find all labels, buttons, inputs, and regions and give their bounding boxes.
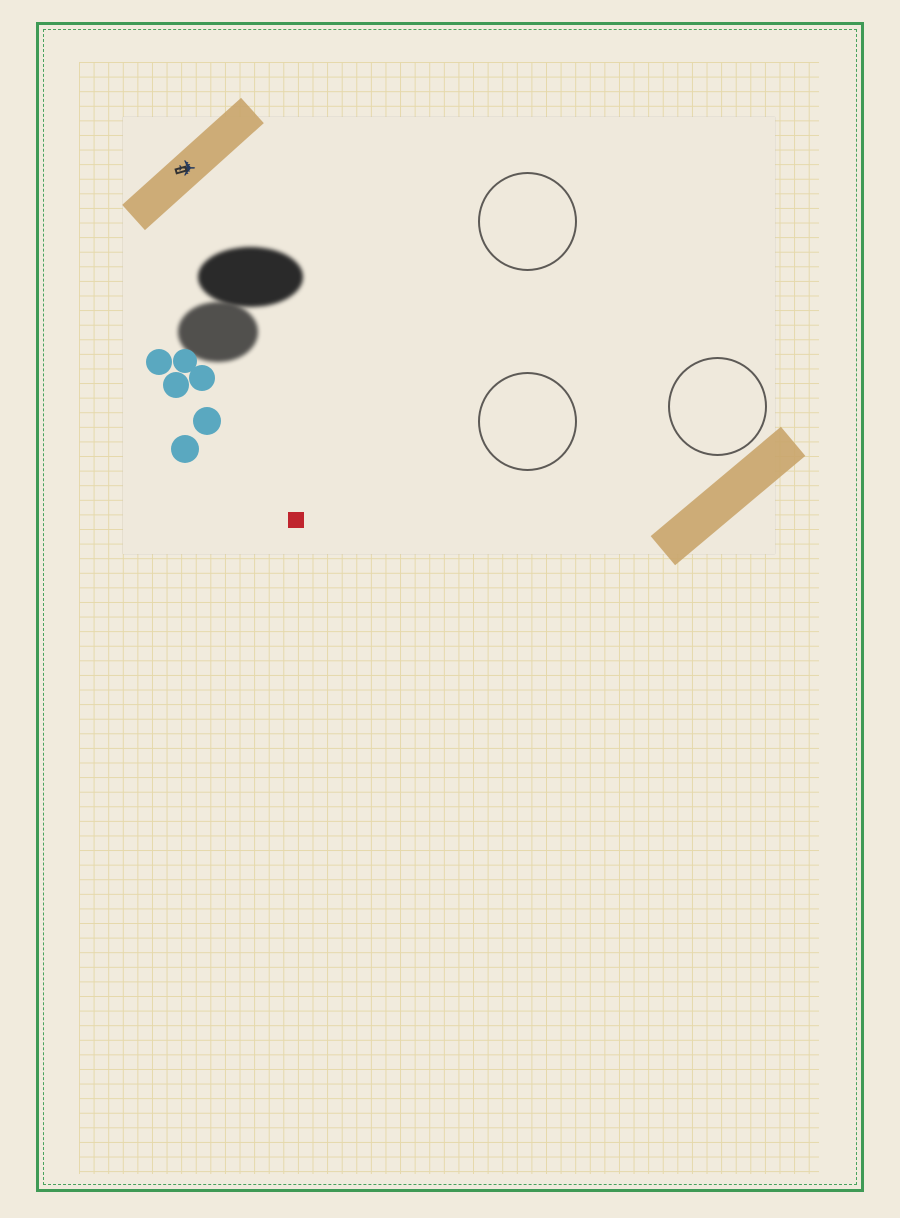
- postmark: [478, 372, 577, 471]
- grape-painting: [193, 407, 221, 435]
- grape-painting: [163, 372, 189, 398]
- grape-painting: [146, 349, 172, 375]
- postmark: [668, 357, 767, 456]
- ink-leaf: [198, 247, 303, 307]
- artist-seal: [288, 512, 304, 528]
- album-page: ✈: [0, 0, 900, 1218]
- cover-envelope: ✈: [123, 117, 775, 554]
- grape-painting: [171, 435, 199, 463]
- postmark: [478, 172, 577, 271]
- grape-painting: [189, 365, 215, 391]
